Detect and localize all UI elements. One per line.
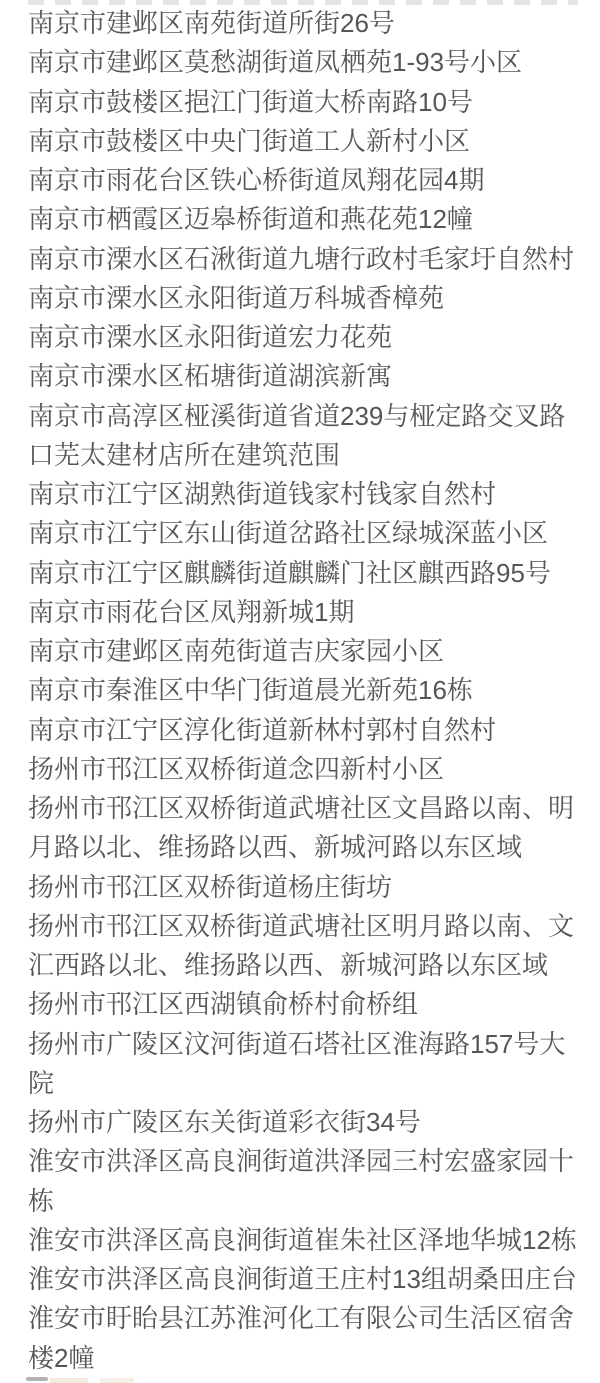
address-line: 南京市溧水区石湫街道九塘行政村毛家圩自然村 [28,240,578,279]
address-line: 栋 [28,1182,578,1221]
address-line: 南京市秦淮区中华门街道晨光新苑16栋 [28,671,578,710]
address-line: 南京市雨花台区凤翔新城1期 [28,593,578,632]
address-line: 南京市江宁区湖熟街道钱家村钱家自然村 [28,475,578,514]
address-line: 南京市江宁区麒麟街道麒麟门社区麒西路95号 [28,554,578,593]
address-line: 淮安市盱眙县江苏淮河化工有限公司生活区宿舍 [28,1299,578,1338]
clipped-highlight-artifact [50,1378,88,1383]
address-line: 南京市建邺区南苑街道所街26号 [28,4,578,43]
address-line: 南京市建邺区南苑街道吉庆家园小区 [28,632,578,671]
address-line: 月路以北、维扬路以西、新城河路以东区域 [28,828,578,867]
address-line: 扬州市广陵区汶河街道石塔社区淮海路157号大 [28,1025,578,1064]
address-line: 南京市雨花台区铁心桥街道凤翔花园4期 [28,161,578,200]
address-line: 南京市江宁区淳化街道新林村郭村自然村 [28,711,578,750]
clipped-text-row-bottom [0,1376,600,1383]
address-line: 南京市高淳区桠溪街道省道239与桠定路交叉路 [28,397,578,436]
address-line: 南京市鼓楼区中央门街道工人新村小区 [28,122,578,161]
address-line: 南京市江宁区东山街道岔路社区绿城深蓝小区 [28,514,578,553]
address-line: 南京市溧水区柘塘街道湖滨新寓 [28,357,578,396]
address-line: 扬州市广陵区东关街道彩衣街34号 [28,1103,578,1142]
address-line: 淮安市洪泽区高良涧街道崔朱社区泽地华城12栋 [28,1221,578,1260]
clipped-glyph-artifact [26,1377,48,1381]
address-line: 扬州市邗江区双桥街道杨庄街坊 [28,868,578,907]
address-line: 南京市栖霞区迈皋桥街道和燕花苑12幢 [28,200,578,239]
address-line: 楼2幢 [28,1339,578,1378]
address-line: 汇西路以北、维扬路以西、新城河路以东区域 [28,946,578,985]
address-line: 南京市溧水区永阳街道万科城香樟苑 [28,279,578,318]
address-line: 口芜太建材店所在建筑范围 [28,436,578,475]
address-line: 南京市鼓楼区挹江门街道大桥南路10号 [28,83,578,122]
address-line: 南京市溧水区永阳街道宏力花苑 [28,318,578,357]
address-line: 扬州市邗江区双桥街道武塘社区明月路以南、文 [28,907,578,946]
risk-area-address-document: 南京市建邺区南苑街道所街26号 南京市建邺区莫愁湖街道凤栖苑1-93号小区 南京… [0,0,600,1383]
address-line: 扬州市邗江区双桥街道武塘社区文昌路以南、明 [28,789,578,828]
address-line: 扬州市邗江区双桥街道念四新村小区 [28,750,578,789]
address-list: 南京市建邺区南苑街道所街26号 南京市建邺区莫愁湖街道凤栖苑1-93号小区 南京… [0,0,600,1378]
address-line: 院 [28,1064,578,1103]
address-line: 扬州市邗江区西湖镇俞桥村俞桥组 [28,985,578,1024]
address-line: 淮安市洪泽区高良涧街道洪泽园三村宏盛家园十 [28,1142,578,1181]
address-line: 淮安市洪泽区高良涧街道王庄村13组胡桑田庄台 [28,1260,578,1299]
address-line: 南京市建邺区莫愁湖街道凤栖苑1-93号小区 [28,43,578,82]
clipped-highlight-artifact [100,1378,134,1383]
